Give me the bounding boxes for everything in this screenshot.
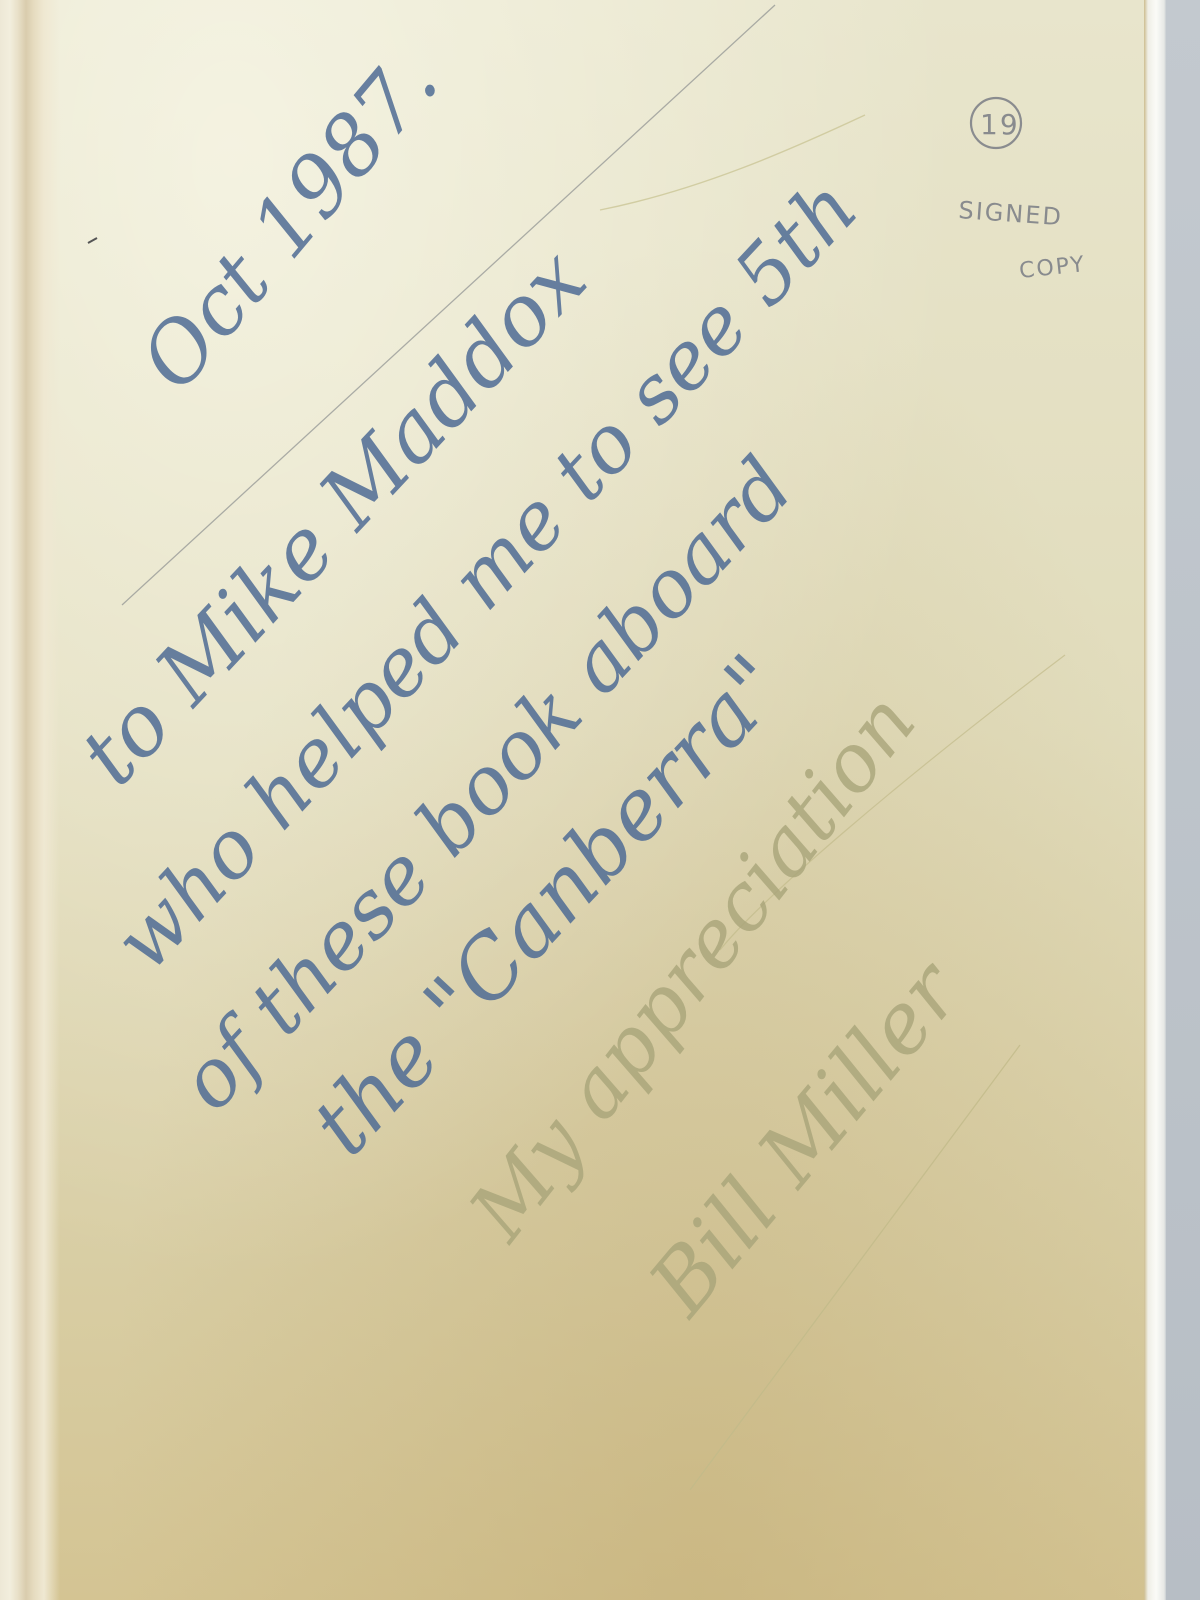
inscription-date: Oct 1987. (123, 35, 457, 408)
signed-label: SIGNED (958, 196, 1064, 231)
copy-label: COPY (1018, 252, 1087, 284)
handwriting-layer: Oct 1987. to Mike Maddox who helped me t… (0, 0, 1200, 1600)
book-flyleaf-photo: Oct 1987. to Mike Maddox who helped me t… (0, 0, 1200, 1600)
copy-number: 19 (980, 108, 1020, 141)
pencil-mark (88, 238, 97, 243)
